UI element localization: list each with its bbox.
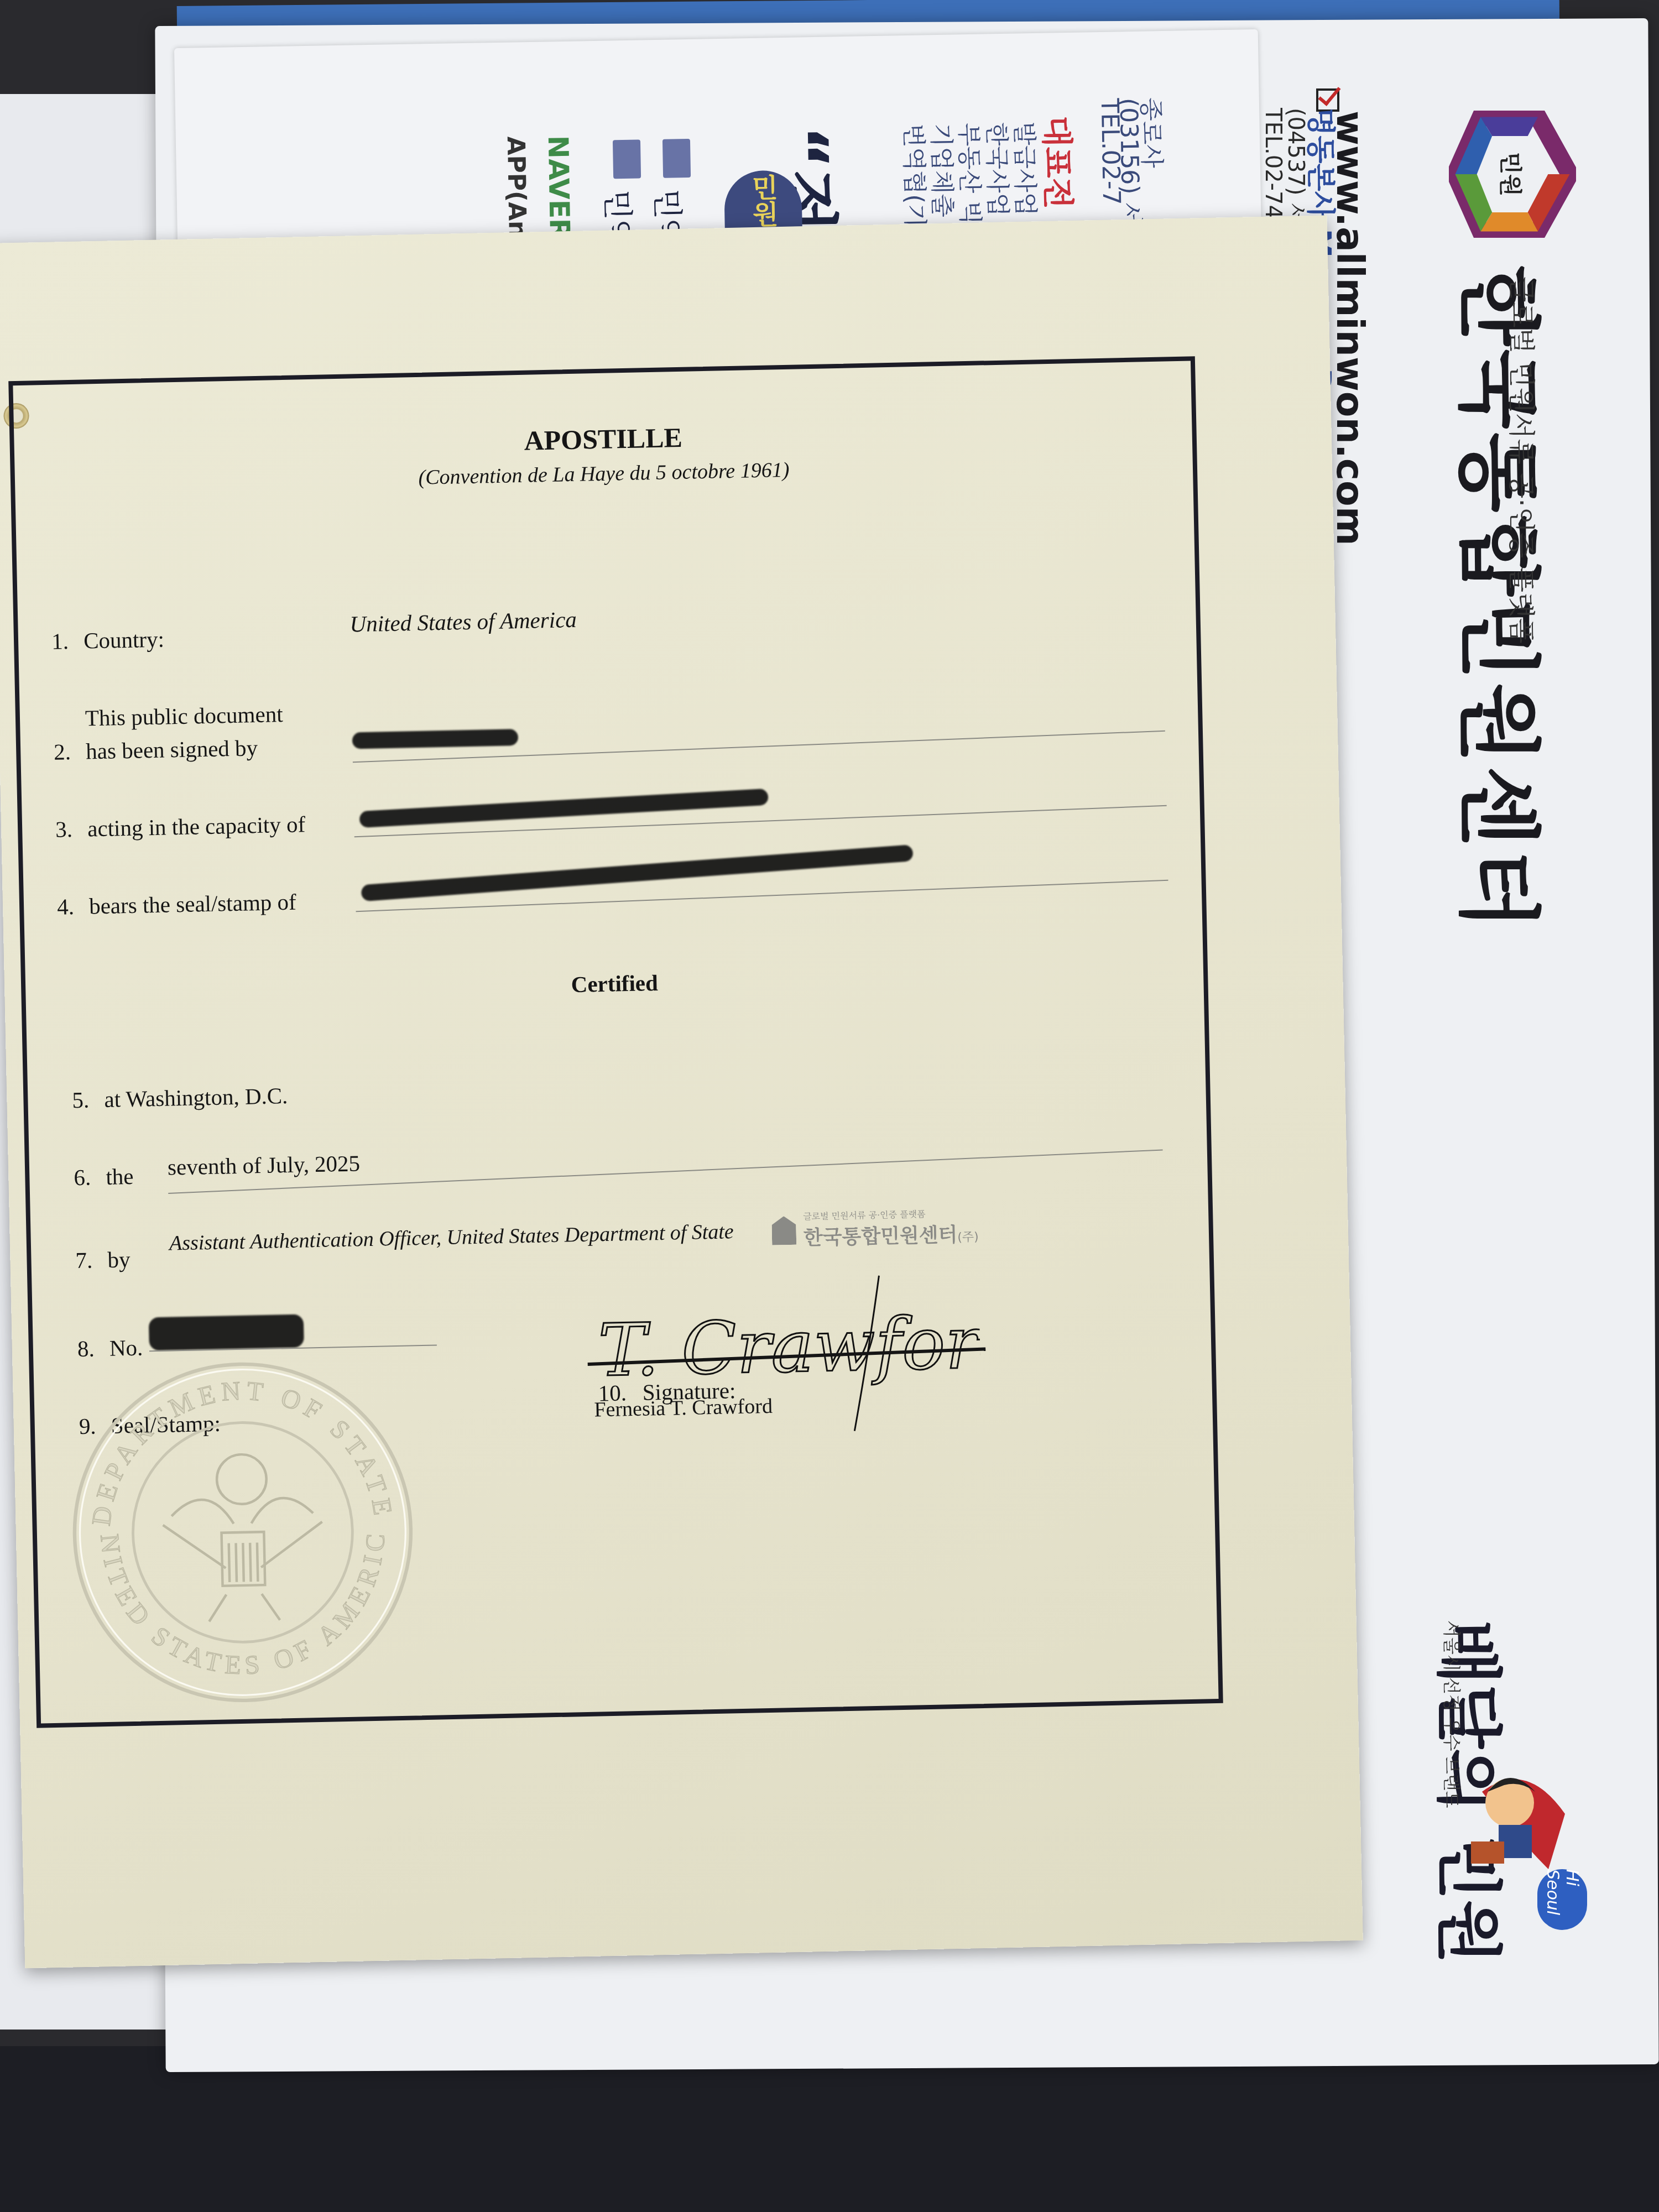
minwon-logo-icon: 민원 [1449,111,1576,238]
flyer-service-item: 번역협(기 [898,123,935,227]
redaction-mark [359,789,769,828]
svg-text:T. Crawford: T. Crawford [598,1300,982,1392]
signer-printed-name: Fernesia T. Crawford [594,1394,773,1422]
brand-tagline: 글로벌 민원서류 공·인증 플랫폼 [1505,276,1543,644]
preamble-text: This public document [85,701,283,731]
field-by-label: 7.by [75,1246,131,1274]
phone-icon [662,139,691,178]
hi-seoul-badge: Hi Seoul [1537,1869,1587,1930]
field-date-label: 6.the [74,1163,134,1191]
field-signed-by-label: 2.has been signed by [54,734,258,765]
field-place: 5.at Washington, D.C. [72,1082,288,1113]
certified-heading: Certified [25,958,1204,1009]
svg-text:민원: 민원 [1497,152,1524,196]
field-capacity-label: 3.acting in the capacity of [55,811,306,842]
redaction-mark [352,729,519,749]
apostille-certificate: APOSTILLE (Convention de La Haye du 5 oc… [0,215,1363,1968]
phone-icon [613,139,641,179]
field-country-value: United States of America [349,606,577,638]
minwon-pentagon-icon [771,1216,796,1245]
flyer-branch-tel: TEL.02-7 [1095,98,1125,205]
field-by-value: Assistant Authentication Officer, United… [169,1219,734,1255]
field-seal-of-label: 4.bears the seal/stamp of [57,889,296,920]
department-of-state-seal-icon: DEPARTMENT OF STATE UNITED STATES OF AME… [62,1352,423,1713]
field-country-label: 1.Country: [51,626,165,655]
redaction-mark [149,1314,304,1351]
naver-label: NAVER [542,135,576,240]
agency-watermark-stamp: 글로벌 민원서류 공·인증 플랫폼 한국통합민원센터(주) [771,1206,979,1251]
mascot-illustration-icon [1460,1747,1571,1880]
field-date-value: seventh of July, 2025 [168,1150,361,1180]
